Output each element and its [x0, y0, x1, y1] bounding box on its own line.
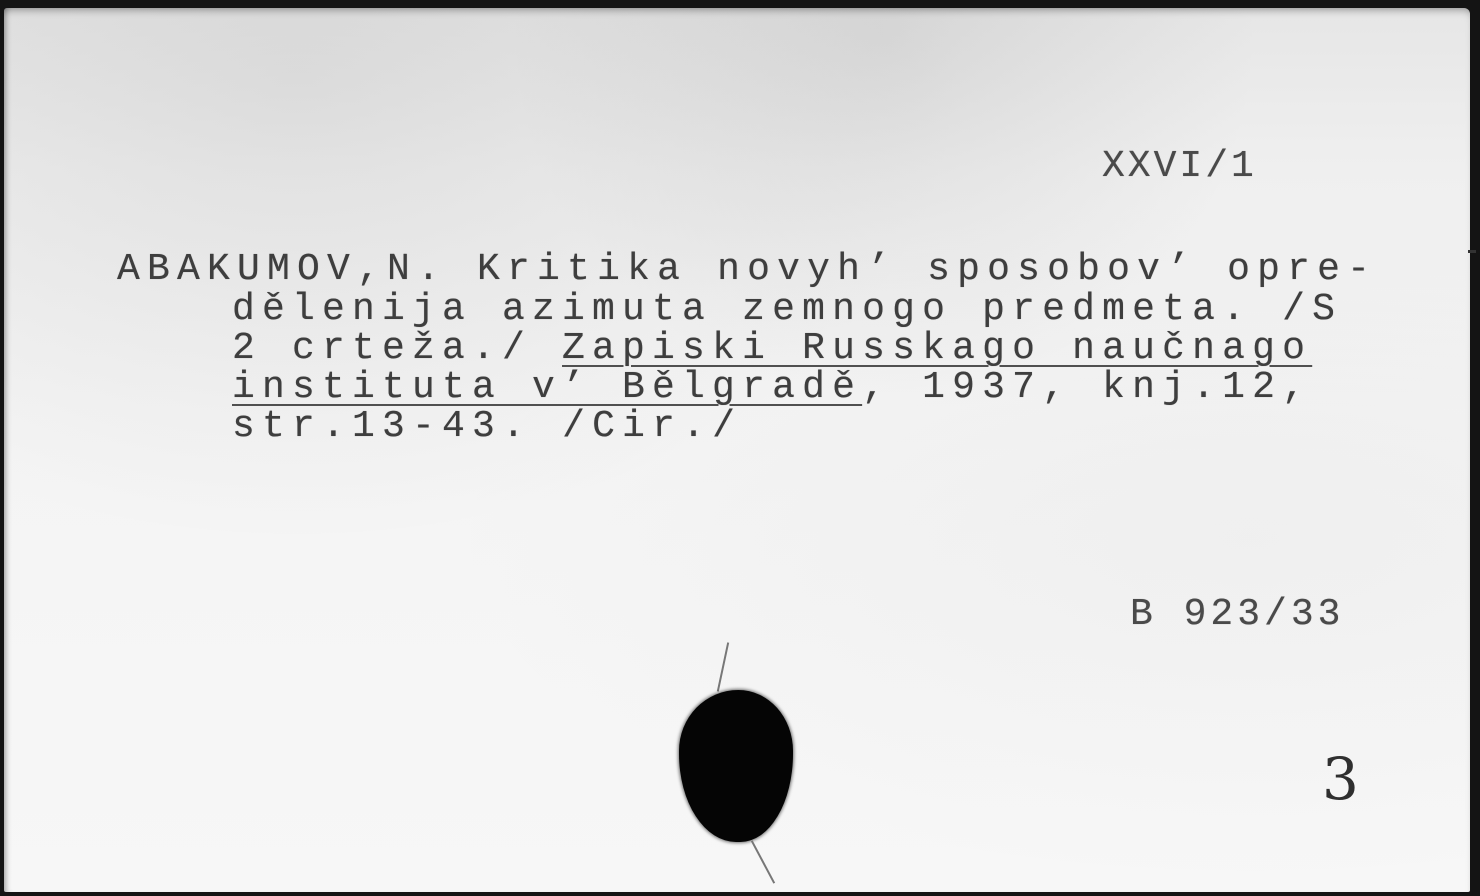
physical-note-end: 2 crteža./: [232, 327, 562, 370]
title-start: Kritika novyh’ sposobov’ opre-: [447, 248, 1377, 291]
author-heading: ABAKUMOV,N.: [117, 248, 447, 291]
series-title-part2: instituta v’ Bělgradě: [232, 366, 862, 409]
handwritten-mark: 3: [1322, 750, 1359, 808]
edge-mark: [1468, 250, 1476, 253]
entry-line-2: dělenija azimuta zemnogo predmeta. /S: [232, 291, 1342, 329]
entry-line-1: ABAKUMOV,N. Kritika novyh’ sposobov’ opr…: [117, 251, 1377, 289]
entry-line-5: str.13-43. /Cir./: [232, 408, 742, 446]
call-number-top: XXVI/1: [1102, 148, 1257, 186]
script-note: /Cir./: [562, 405, 742, 448]
series-title-part1: Zapiski Russkago naučnago: [562, 327, 1312, 370]
pages: str.13-43.: [232, 405, 532, 448]
entry-line-4: instituta v’ Bělgradě, 1937, knj.12,: [232, 369, 1312, 407]
call-number-bottom: B 923/33: [1130, 596, 1344, 634]
entry-line-3: 2 crteža./ Zapiski Russkago naučnago: [232, 330, 1312, 368]
series-publication-info: , 1937, knj.12,: [862, 366, 1312, 409]
scanned-catalog-card: XXVI/1 ABAKUMOV,N. Kritika novyh’ sposob…: [0, 0, 1480, 896]
